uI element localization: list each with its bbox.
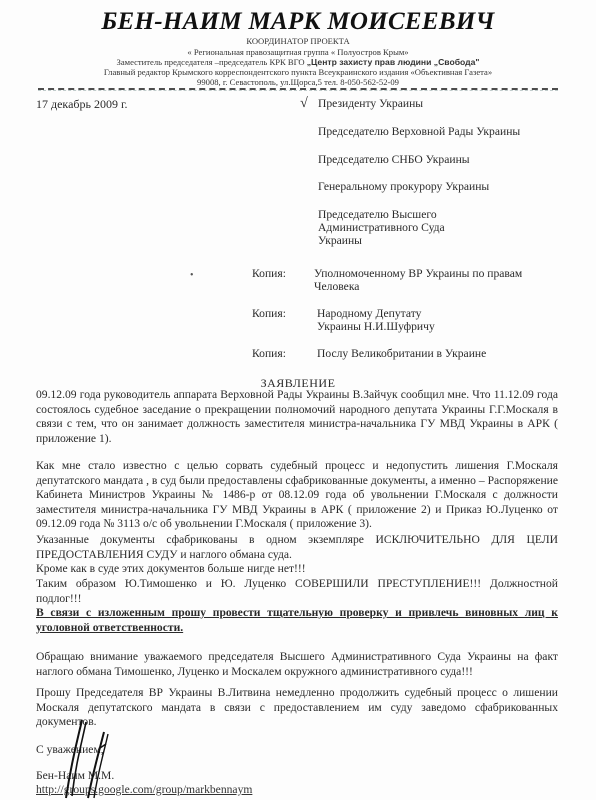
body-paragraph-1: 09.12.09 года руководитель аппарата Верх…	[36, 388, 558, 446]
letterhead-address: 99008, г. Севастополь, ул.Щорса,5 тел. 8…	[0, 77, 596, 87]
addressee-prosecutor: Генеральному прокурору Украины	[318, 180, 568, 193]
copy-label-2: Копия:	[252, 307, 286, 320]
letterhead-deputy-prefix: Заместитель председателя –председатель К…	[117, 57, 307, 67]
check-mark-icon: √	[300, 96, 308, 112]
addressee-president: Президенту Украины	[318, 97, 568, 110]
body-request-bold: В связи с изложенным прошу провести тщат…	[36, 606, 558, 635]
letterhead-editor-line: Главный редактор Крымского корреспондент…	[0, 67, 596, 77]
copy-ombudsman: Уполномоченному ВР Украины по правам Чел…	[314, 267, 524, 293]
copy-label-3: Копия:	[252, 347, 286, 360]
body-paragraph-3: Указанные документы сфабрикованы в одном…	[36, 533, 558, 562]
body-paragraph-5: Таким образом Ю.Тимошенко и Ю. Луценко С…	[36, 577, 558, 606]
body-paragraph-7: Обращаю внимание уважаемого председателя…	[36, 650, 558, 679]
letterhead-deputy-org: „Центр захисту прав людини „Свобода"	[307, 57, 480, 67]
letterhead-role: КООРДИНАТОР ПРОЕКТА	[0, 36, 596, 46]
scan-speck: •	[190, 270, 194, 281]
scanned-letter-page: БЕН-НАИМ МАРК МОИСЕЕВИЧ КООРДИНАТОР ПРОЕ…	[0, 0, 596, 800]
letterhead-deputy-line: Заместитель председателя –председатель К…	[0, 57, 596, 67]
copy-deputy: Народному Депутату Украины Н.И.Шуфричу	[317, 307, 467, 333]
body-paragraph-2: Как мне стало известно с целью сорвать с…	[36, 459, 558, 532]
copy-uk-ambassador: Послу Великобритании в Украине	[317, 347, 577, 360]
handwritten-signature-icon	[60, 718, 150, 800]
addressee-admin-court-chair: Председателю Высшего Административного С…	[318, 208, 468, 247]
letter-date: 17 декабрь 2009 г.	[36, 97, 128, 112]
letterhead-divider-shadow	[38, 90, 558, 91]
addressee-rada-chair: Председателю Верховной Рады Украины	[318, 125, 568, 138]
copy-label-1: Копия:	[252, 267, 286, 280]
body-paragraph-4: Кроме как в суде этих документов больше …	[36, 562, 558, 577]
addressee-nsdc-chair: Председателю СНБО Украины	[318, 153, 568, 166]
letterhead-name: БЕН-НАИМ МАРК МОИСЕЕВИЧ	[0, 8, 596, 36]
letterhead-organization: « Региональная правозащитная группа « По…	[0, 47, 596, 57]
